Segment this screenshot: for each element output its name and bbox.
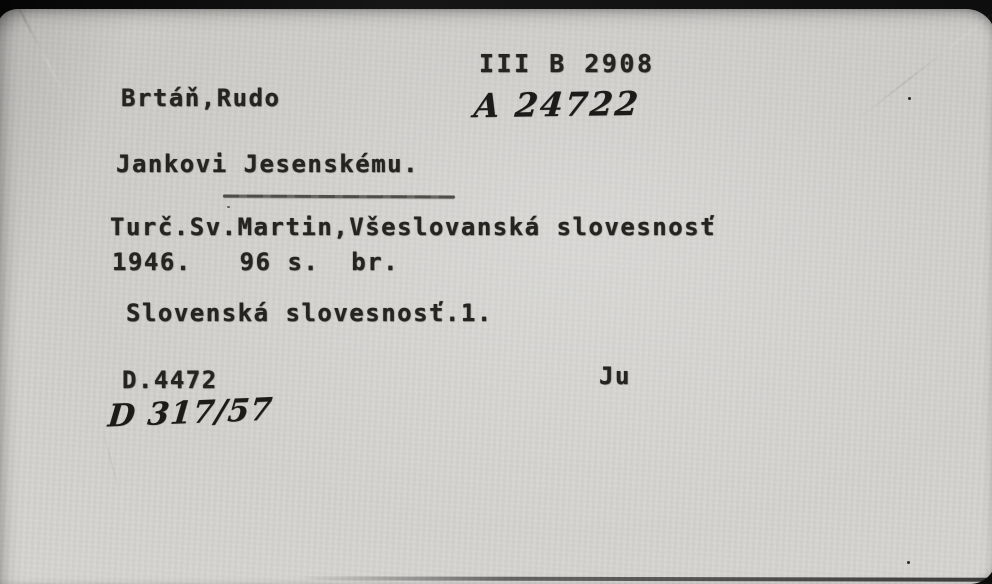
catalog-card-paper: III B 2908 A 24722 Brtáň,Rudo Jankovi Je… <box>0 9 992 584</box>
collation-line: 1946. 96 s. br. <box>112 249 399 275</box>
paper-crease-top-right <box>856 3 992 122</box>
title-underline <box>223 194 455 198</box>
cataloger-initials: Ju <box>599 363 631 389</box>
call-number: III B 2908 <box>479 50 655 78</box>
shelf-number-handwritten: D 317/57 <box>106 391 274 434</box>
paper-crease-top-left <box>2 0 70 103</box>
title-line: Jankovi Jesenskému. <box>116 151 419 177</box>
imprint-line: Turč.Sv.Martin,Všeslovanská slovesnosť <box>110 214 716 240</box>
paper-crease-bottom-left <box>100 422 133 538</box>
series-line: Slovenská slovesnosť.1. <box>126 300 493 326</box>
author-heading: Brtáň,Rudo <box>121 85 281 111</box>
paper-speck <box>908 97 911 100</box>
scanned-catalog-card-image: III B 2908 A 24722 Brtáň,Rudo Jankovi Je… <box>0 0 992 584</box>
shelf-number: D.4472 <box>122 367 218 393</box>
accession-number-handwritten: A 24722 <box>472 84 641 125</box>
paper-speck <box>907 561 910 564</box>
paper-speck <box>227 206 230 208</box>
